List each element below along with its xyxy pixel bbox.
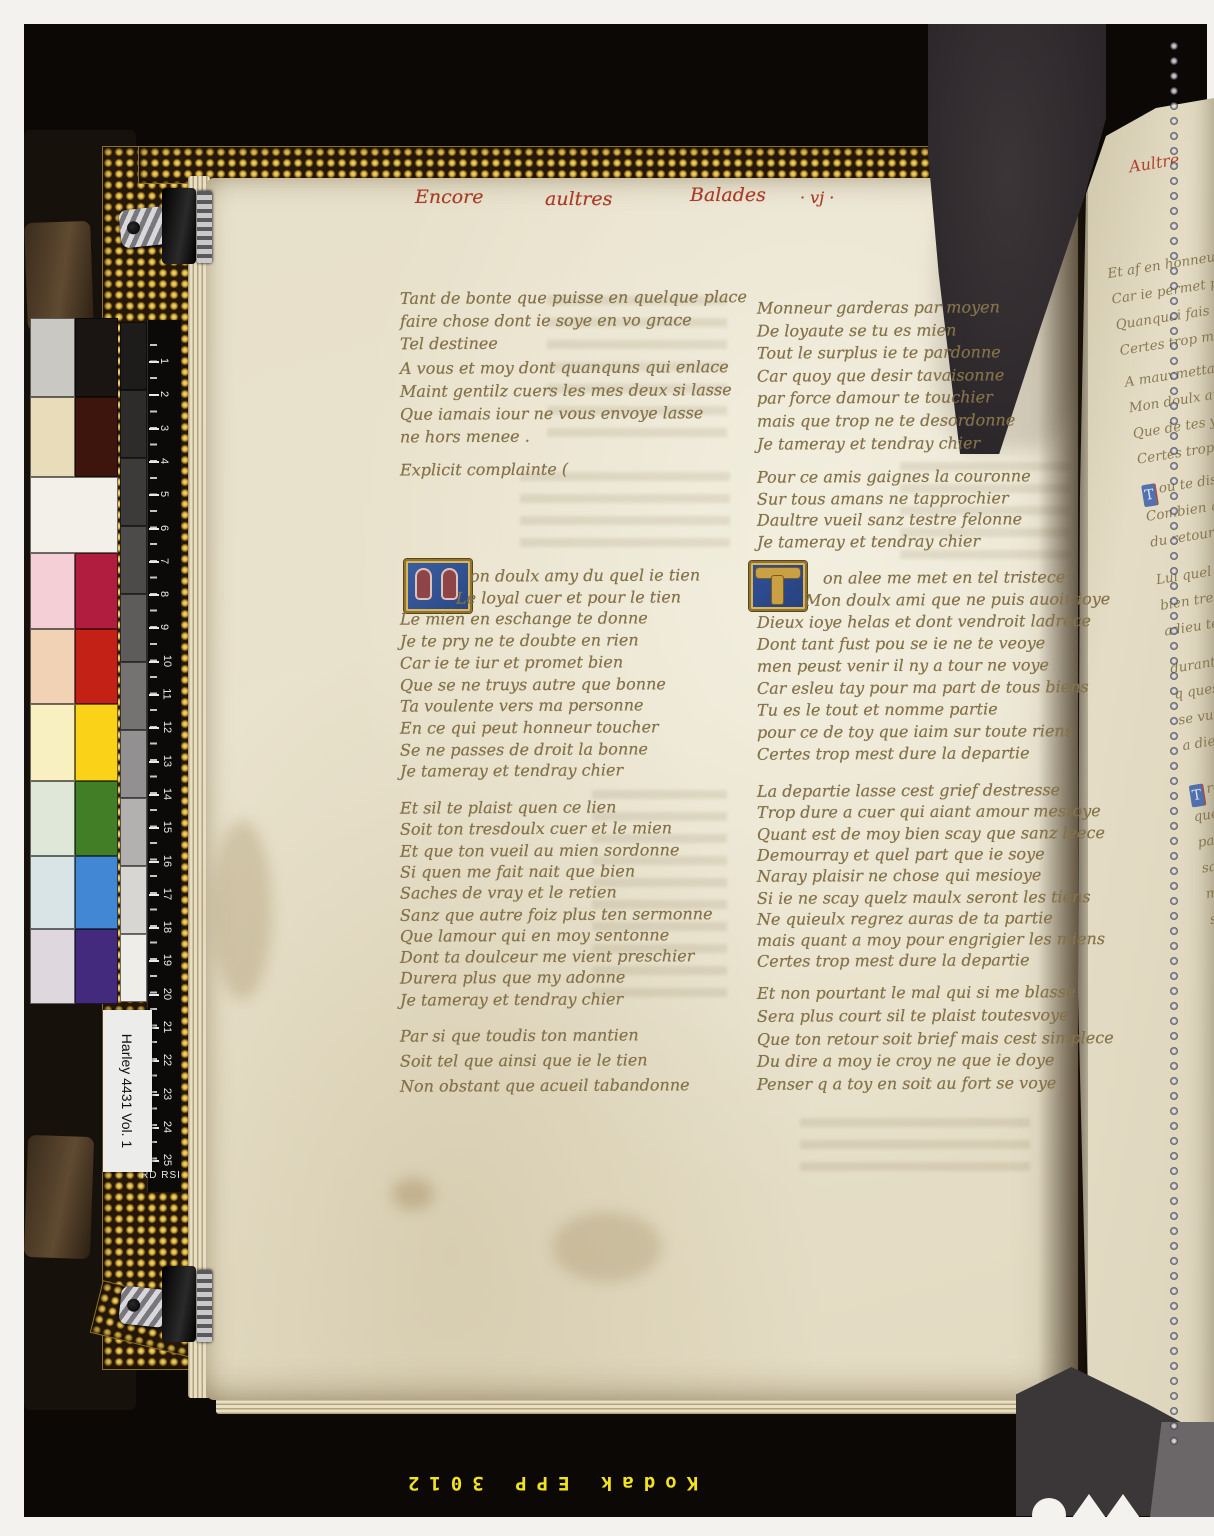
binder-clip-plate-bottom xyxy=(197,1270,212,1342)
manuscript-line: Pour ce amis gaignes la couronne xyxy=(757,466,1031,486)
manuscript-page-recto: Aultre Et af en honneur ya tost tenCar i… xyxy=(1070,92,1214,1488)
rubric-word: Balades xyxy=(690,184,766,206)
ruler-number: 10 xyxy=(161,655,173,667)
manuscript-line: Je tameray et tendray chier xyxy=(400,761,623,781)
manuscript-line: Soit tel que ainsi que ie le tien xyxy=(400,1050,648,1070)
manuscript-line: Non obstant que acueil tabandonne xyxy=(400,1075,690,1096)
color-swatch-vivid xyxy=(75,318,118,397)
manuscript-line: Le loyal cuer et pour le tien xyxy=(456,587,681,607)
recto-text-line: Trop par temps se vont xyxy=(1188,758,1214,808)
shelfmark-label-text: Harley 4431 Vol. 1 xyxy=(120,1034,136,1148)
manuscript-line: Trop dure a cuer qui aiant amour mestoye xyxy=(757,801,1101,822)
manuscript-line: Car quoy que desir tavaisonne xyxy=(757,365,1004,385)
ruler-number: 21 xyxy=(161,1021,173,1033)
manuscript-line: Naray plaisir ne chose qui mesioye xyxy=(757,865,1041,885)
book-clasp xyxy=(24,221,94,331)
ruler-number: 19 xyxy=(161,954,173,966)
ruler-number: 13 xyxy=(161,754,173,766)
ruler-number: 8 xyxy=(158,591,170,597)
manuscript-line: Quant est de moy bien scay que sanz leec… xyxy=(757,823,1105,844)
grayscale-step xyxy=(120,526,147,594)
manuscript-line: Sera plus court sil te plaist toutesvoye xyxy=(757,1005,1069,1026)
shelfmark-label: Harley 4431 Vol. 1 xyxy=(103,1010,152,1172)
ruler-number: 24 xyxy=(161,1121,173,1133)
ruler-number: 14 xyxy=(161,788,173,800)
color-swatch xyxy=(30,477,118,553)
manuscript-line: De loyaute se tu es mien xyxy=(757,320,957,340)
recto-text-line: me te benoit xyxy=(1205,873,1214,902)
recto-mini-initial: T xyxy=(1189,784,1205,808)
manuscript-line: ne hors menee . xyxy=(400,427,530,447)
ruler-number: 3 xyxy=(158,425,170,431)
manuscript-line: on alee me met en tel tristece xyxy=(823,567,1065,587)
manuscript-line: Tout le surplus ie te pardonne xyxy=(757,343,1001,363)
color-swatch-vivid xyxy=(75,397,118,477)
binder-clip-plate-top xyxy=(197,191,212,263)
ruler-tick xyxy=(149,827,159,829)
manuscript-line: Car esleu tay pour ma part de tous biens xyxy=(757,677,1089,698)
manuscript-line: Sanz que autre foiz plus ten sermonne xyxy=(400,904,713,925)
ruler-tick xyxy=(149,794,159,796)
show-through-text xyxy=(520,472,730,560)
film-brand-text: Kodak EPP 3012 xyxy=(348,1472,748,1494)
manuscript-line: Demourray et quel part que ie soye xyxy=(757,844,1045,865)
illuminated-initial-t xyxy=(749,561,807,611)
manuscript-line: Et que ton vueil au mien sordonne xyxy=(400,840,680,860)
manuscript-line: Durera plus que my adonne xyxy=(400,968,625,988)
manuscript-line: Le mien en eschange te donne xyxy=(400,609,648,629)
manuscript-line: faire chose dont ie soye en vo grace xyxy=(400,310,692,331)
manuscript-line: pour ce de toy que iaim sur toute riens xyxy=(757,721,1073,742)
rubric-word: aultres xyxy=(545,188,612,210)
ruler-tick xyxy=(149,861,159,863)
ruler-number: 22 xyxy=(161,1054,173,1066)
color-swatch-pale xyxy=(30,629,75,704)
ruler-scale: 1234567891011121314151617181920212223242… xyxy=(147,320,181,1192)
manuscript-line: Du dire a moy ie croy ne que ie doye xyxy=(757,1051,1054,1072)
parchment-stain xyxy=(552,1212,662,1282)
ruler-tick xyxy=(149,661,159,663)
manuscript-line: Dont ta doulceur me vient preschier xyxy=(400,946,694,967)
manuscript-line: Et sil te plaist quen ce lien xyxy=(400,797,616,817)
ruler-number: 20 xyxy=(161,988,173,1000)
bead-chain-weight xyxy=(1169,40,1179,1452)
recto-text-line: Et af en honneur ya tost ten xyxy=(1106,236,1214,282)
ruler-number: 9 xyxy=(158,624,170,630)
manuscript-line: Et non pourtant le mal qui si me blasse xyxy=(757,982,1076,1003)
book-clasp xyxy=(24,1135,94,1259)
ruler-tick xyxy=(149,727,159,729)
manuscript-line: Si quen me fait nait que bien xyxy=(400,861,635,881)
show-through-text xyxy=(800,1118,1030,1176)
recto-text-line: Lui quel conuient q amsi xyxy=(1155,546,1214,588)
manuscript-line: Je tameray et tendray chier xyxy=(400,989,623,1009)
manuscript-line: Je te pry ne te doubte en rien xyxy=(400,630,639,650)
ruler-number: 16 xyxy=(161,854,173,866)
ruler-tick xyxy=(149,894,159,896)
parchment-stain xyxy=(392,1178,434,1210)
ruler-tick xyxy=(149,960,159,962)
manuscript-line: Car ie te iur et promet bien xyxy=(400,652,623,672)
ruler-number: 23 xyxy=(161,1087,173,1099)
film-notch-triangle xyxy=(1106,1494,1140,1518)
ruler-number: 1 xyxy=(158,358,170,364)
photograph-frame: Encore aultres Balades · vj · Aultre Et … xyxy=(0,0,1214,1536)
manuscript-line: Tant de bonte que puisse en quelque plac… xyxy=(400,287,747,308)
manuscript-line: Explicit complainte ( xyxy=(400,460,568,480)
gutter-shadow xyxy=(1038,158,1088,1400)
grayscale-step xyxy=(120,594,147,662)
manuscript-line: Daultre vueil sanz testre felonne xyxy=(757,510,1022,530)
manuscript-line: Saches de vray et le retien xyxy=(400,883,617,903)
color-swatch-vivid xyxy=(75,704,118,781)
ruler-number: 25 xyxy=(161,1154,173,1166)
ruler-number: 5 xyxy=(158,491,170,497)
manuscript-line: Ta voulente vers ma personne xyxy=(400,696,644,716)
ruler-tick xyxy=(149,927,159,929)
binder-clip-bottom xyxy=(162,1266,196,1342)
manuscript-line: Je tameray et tendray chier xyxy=(757,433,980,453)
color-swatch-vivid xyxy=(75,929,118,1004)
recto-text-line: a dieu te dis xyxy=(1181,725,1214,754)
manuscript-line: mais que trop ne te desordonne xyxy=(757,410,1015,430)
color-swatch-pale xyxy=(30,929,75,1004)
ruler-number: 11 xyxy=(161,688,173,699)
manuscript-line: men peust venir il ny a tour ne voye xyxy=(757,655,1049,676)
color-swatch-vivid xyxy=(75,629,118,704)
manuscript-line: Dont tant fust pou se ie ne te veoye xyxy=(757,633,1045,654)
manuscript-line: La departie lasse cest grief destresse xyxy=(757,780,1060,801)
rubric-word: · vj · xyxy=(800,188,834,207)
ruler-number: 18 xyxy=(161,921,173,933)
manuscript-line: Monneur garderas par moyen xyxy=(757,297,1000,317)
manuscript-line: par force damour te touchier xyxy=(757,388,993,408)
ruler-tick xyxy=(149,694,159,696)
rubric-word: Encore xyxy=(415,186,484,208)
recto-text-area: Aultre Et af en honneur ya tost tenCar i… xyxy=(1086,109,1214,1434)
color-swatch-pale xyxy=(30,318,75,397)
manuscript-line: Certes trop mest dure la departie xyxy=(757,743,1030,763)
color-swatch-vivid xyxy=(75,781,118,856)
manuscript-line: Mon doulx ami que ne puis auoir ioye xyxy=(805,589,1110,610)
ruler-number: 7 xyxy=(158,558,170,564)
ruler-number: 2 xyxy=(158,391,170,397)
manuscript-line: Penser q a toy en soit au fort se voye xyxy=(757,1073,1056,1094)
manuscript-line: Tel destinee xyxy=(400,334,498,354)
manuscript-line: Si ie ne scay quelz maulx seront les tie… xyxy=(757,887,1091,908)
manuscript-line: on doulx amy du quel ie tien xyxy=(470,565,700,585)
film-notch-triangle xyxy=(1072,1494,1106,1518)
manuscript-line: Que lamour qui en moy sentonne xyxy=(400,925,669,945)
film-notch-circle xyxy=(1032,1498,1066,1532)
manuscript-line: Sur tous amans ne tapprochier xyxy=(757,488,1009,508)
ruler-number: 17 xyxy=(161,888,173,900)
recto-mini-initial: T xyxy=(1141,483,1157,507)
ruler-tick xyxy=(149,994,159,996)
manuscript-line: Que ton retour soit brief mais cest simp… xyxy=(757,1028,1114,1049)
manuscript-line: Se ne passes de droit la bonne xyxy=(400,739,648,759)
grayscale-step xyxy=(120,458,147,526)
ruler-tick xyxy=(149,761,159,763)
manuscript-line: Que iamais iour ne vous envoye lasse xyxy=(400,403,703,424)
grayscale-step xyxy=(120,662,147,730)
manuscript-line: Que se ne truys autre que bonne xyxy=(400,674,666,694)
color-swatch-pale xyxy=(30,553,75,629)
ruler-number: 12 xyxy=(161,721,173,733)
manuscript-line: Dieux ioye helas et dont vendroit ladrec… xyxy=(757,611,1091,632)
grayscale-step xyxy=(120,322,147,390)
color-swatch-pale xyxy=(30,704,75,781)
manuscript-line: Soit ton tresdoulx cuer et le mien xyxy=(400,819,672,839)
manuscript-line: Par si que toudis ton mantien xyxy=(400,1025,639,1045)
manuscript-line: Tu es le tout et nomme partie xyxy=(757,699,998,719)
ruler-number: 6 xyxy=(158,524,170,530)
color-swatch-pale xyxy=(30,856,75,929)
manuscript-line: A vous et moy dont quanquns qui enlace xyxy=(400,357,729,378)
grayscale-step xyxy=(120,866,147,934)
grayscale-step xyxy=(120,934,147,1002)
ruler-number: 4 xyxy=(158,458,170,464)
binder-clip-top xyxy=(162,188,196,264)
grayscale-step xyxy=(120,730,147,798)
color-swatch-pale xyxy=(30,397,75,477)
manuscript-line: Ne quieulx regrez auras de ta partie xyxy=(757,908,1053,929)
color-swatch-vivid xyxy=(75,553,118,629)
manuscript-line: Je tameray et tendray chier xyxy=(757,532,980,552)
manuscript-line: mais quant a moy pour engrigier les mien… xyxy=(757,929,1105,950)
grayscale-step xyxy=(120,798,147,866)
grayscale-step xyxy=(120,390,147,458)
parchment-stain xyxy=(212,820,272,1000)
color-swatch-pale xyxy=(30,781,75,856)
color-swatch-vivid xyxy=(75,856,118,929)
manuscript-line: Maint gentilz cuers les mes deux si lass… xyxy=(400,380,732,401)
ruler-number: 15 xyxy=(161,821,173,833)
manuscript-line: En ce qui peut honneur toucher xyxy=(400,717,659,737)
manuscript-line: Certes trop mest dure la departie xyxy=(757,951,1030,971)
